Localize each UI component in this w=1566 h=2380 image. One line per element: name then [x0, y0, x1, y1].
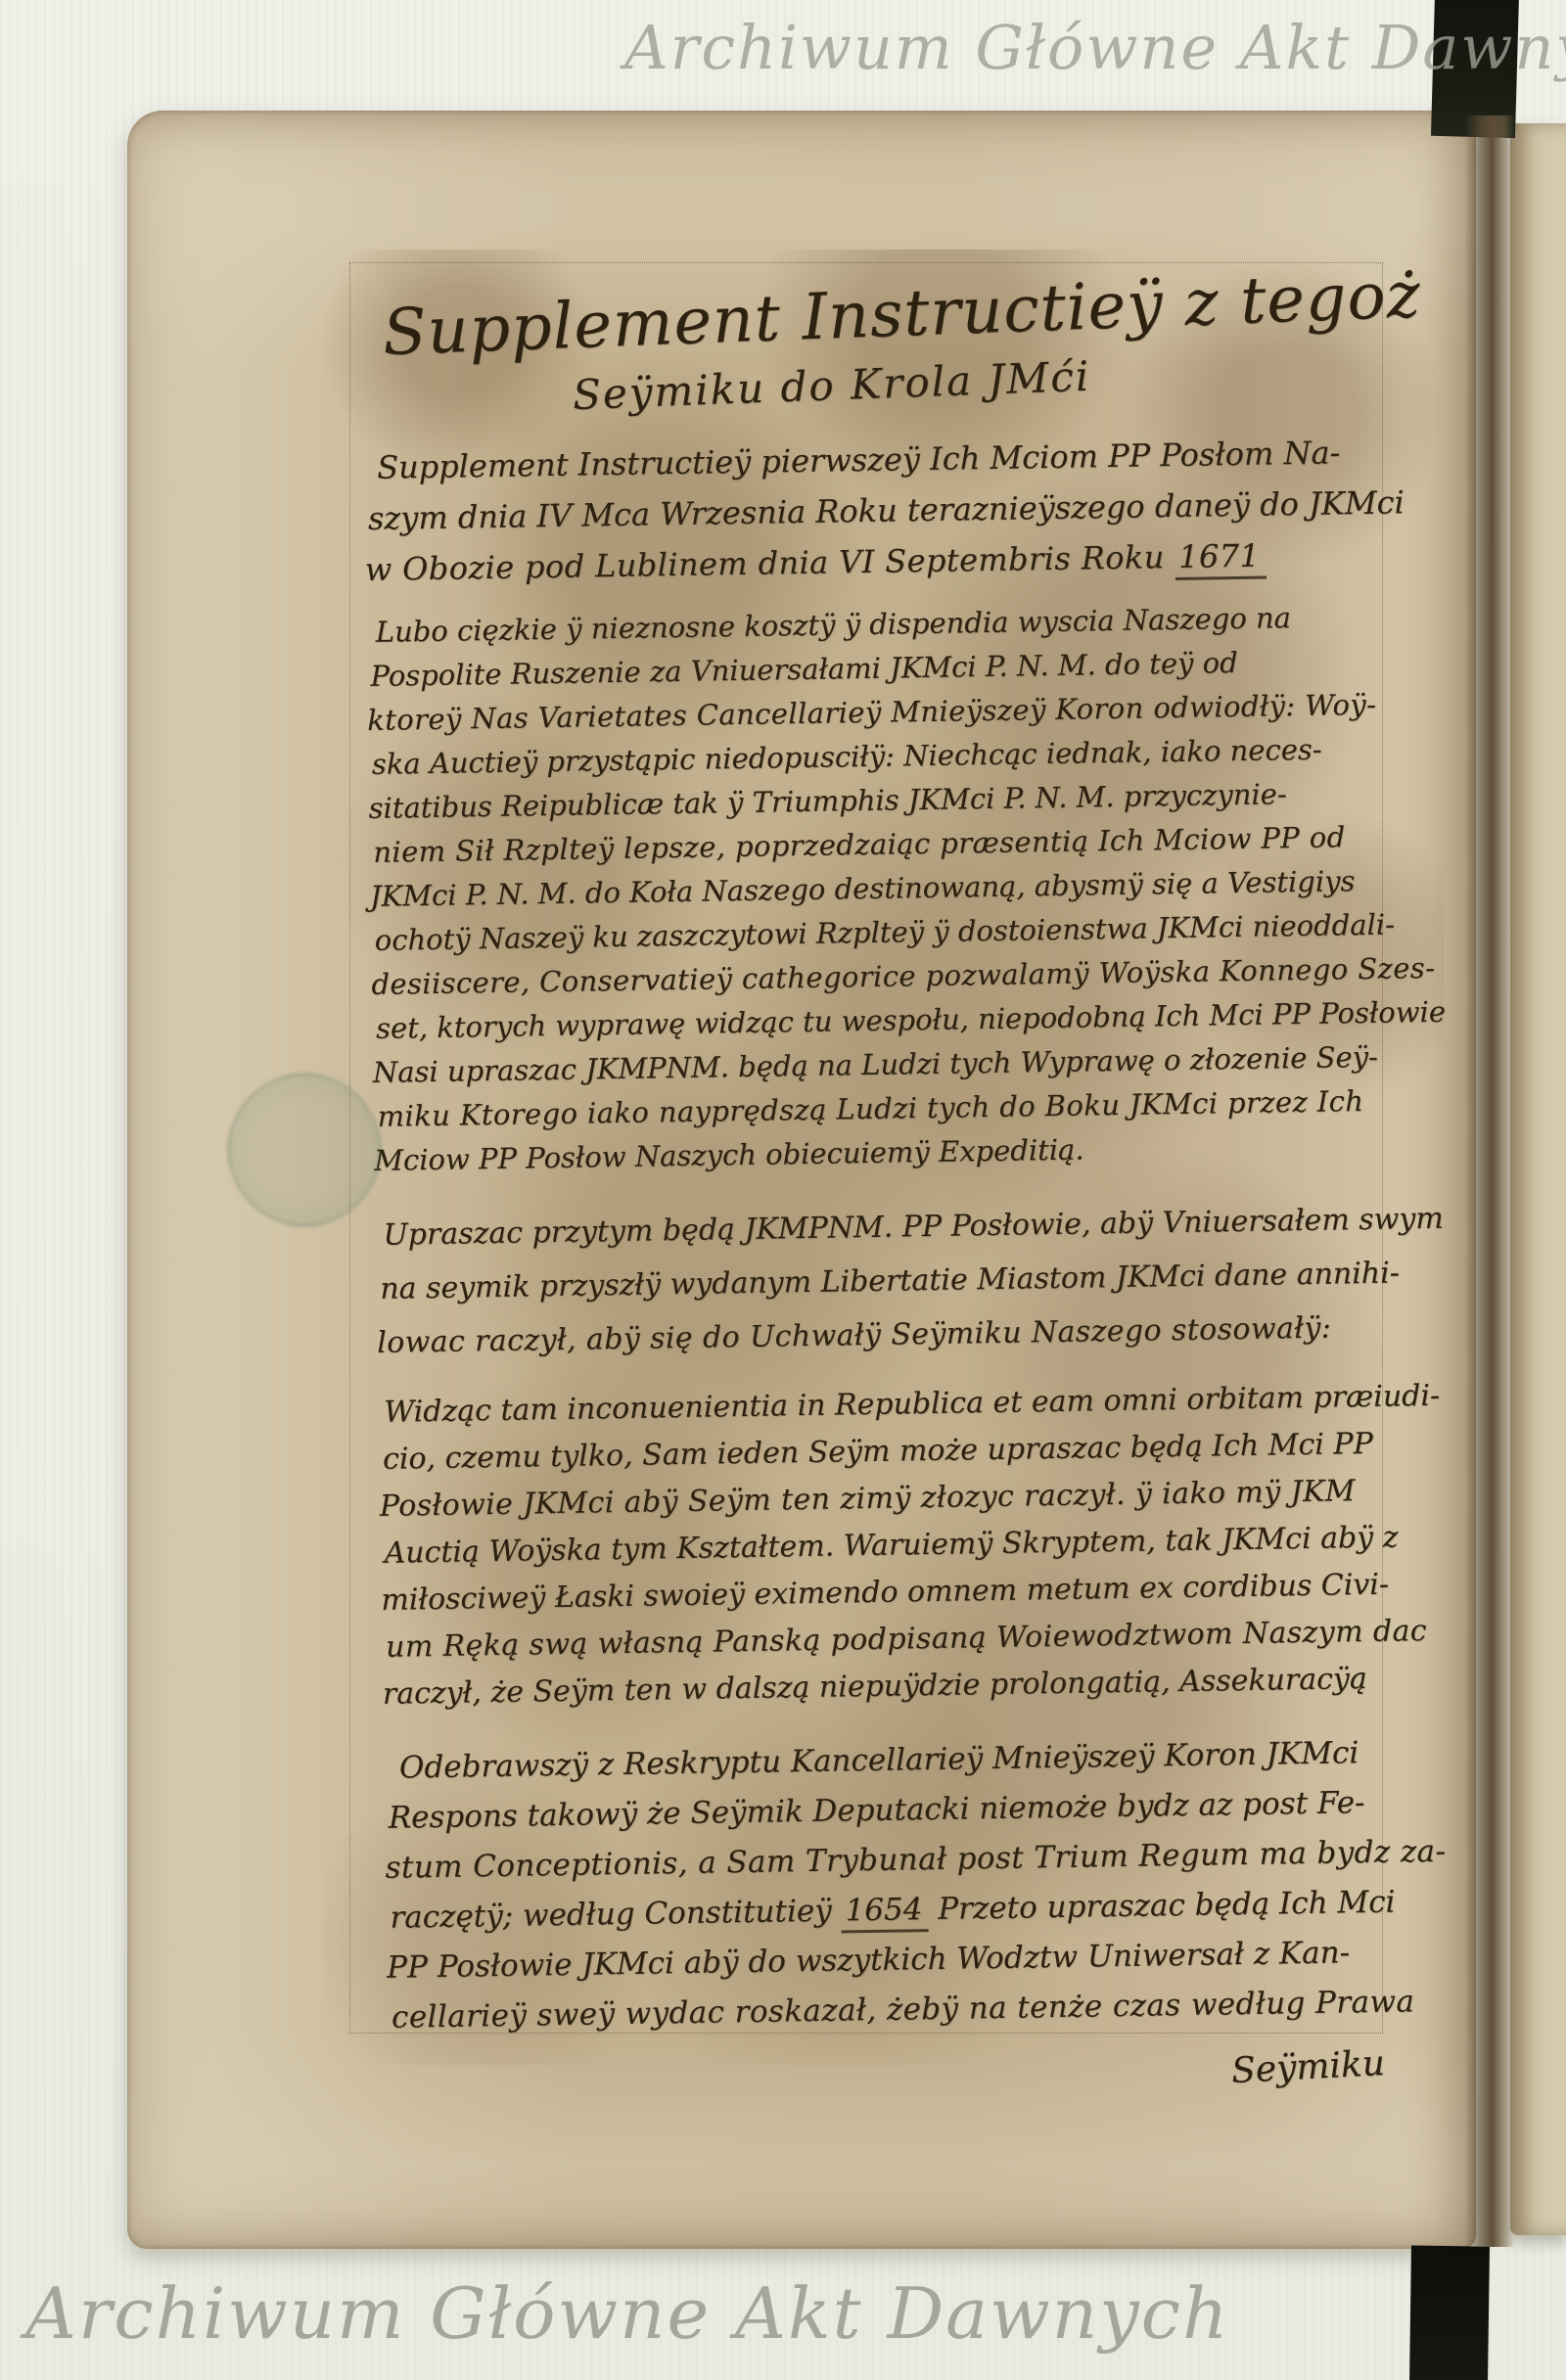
line-text: w Obozie pod Lublinem dnia VI Septembris…: [364, 538, 1174, 588]
archive-watermark-top: Archiwum Główne Akt Dawnych: [624, 12, 1566, 83]
line-text: raczętÿ; według Constitutieÿ: [390, 1893, 842, 1935]
year-1671-underlined: 1671: [1174, 537, 1267, 580]
year-1654-underlined: 1654: [841, 1892, 929, 1933]
paragraph-reskrypt-kancellariey: Odebrawszÿ z Reskryptu Kancellarieÿ Mnie…: [384, 1726, 1485, 2043]
catchword-seymiku: Seÿmiku: [1230, 2043, 1386, 2091]
binding-shadow-bottom: [1409, 2245, 1490, 2380]
paragraph-pospolite-ruszenie: Lubo cięzkie ÿ nieznosne kosztÿ ÿ dispen…: [365, 593, 1470, 1183]
archive-watermark-bottom: Archiwum Główne Akt Dawnych: [25, 2272, 1229, 2355]
paragraph-uniwersal-libertatie: Upraszac przytym będą JKMPNM. PP Posłowi…: [375, 1191, 1473, 1370]
paragraph-heading-note: Supplement Instructieÿ pierwszeÿ Ich Mci…: [363, 425, 1461, 595]
adjacent-page-edge: [1510, 123, 1566, 2235]
line-text: Przeto upraszac będą Ich Mci: [928, 1885, 1396, 1927]
paragraph-seym-assekuracya: Widząc tam inconuenientia in Republica e…: [378, 1372, 1479, 1718]
manuscript-text-block: Supplement Instructieÿ z tegoż Seÿmiku d…: [360, 254, 1484, 2042]
